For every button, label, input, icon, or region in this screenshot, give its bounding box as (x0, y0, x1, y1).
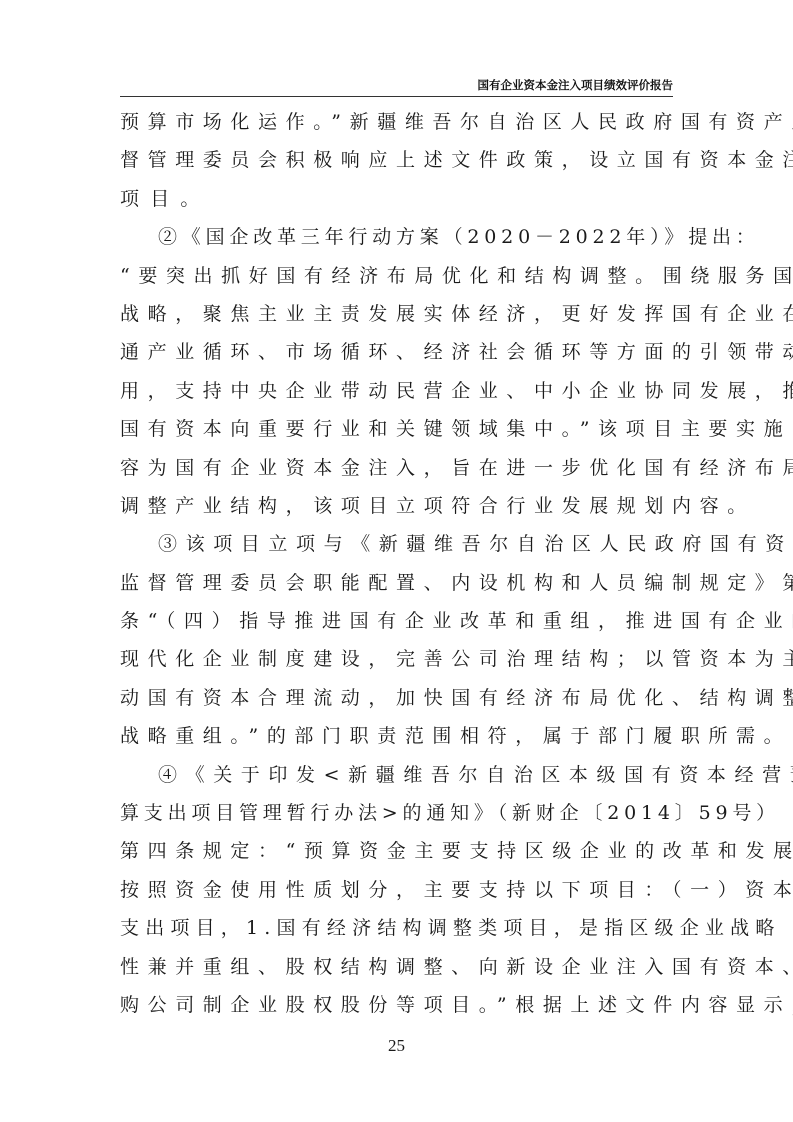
running-header: 国有企业资本金注入项目绩效评价报告 (120, 74, 673, 97)
text-line: 算支出项目管理暂行办法>的通知》（新财企〔2014〕59号） (120, 794, 676, 832)
text-line: 用，支持中央企业带动民营企业、中小企业协同发展，推动 (120, 372, 676, 410)
text-line: 项目。 (120, 180, 676, 218)
list-item-3-start: ③该项目立项与《新疆维吾尔自治区人民政府国有资产 (120, 525, 676, 563)
text-line: 动国有资本合理流动，加快国有经济布局优化、结构调整、 (120, 679, 676, 717)
text-line: 预算市场化运作。”新疆维吾尔自治区人民政府国有资产监 (120, 103, 676, 141)
page-number: 25 (0, 1036, 793, 1056)
report-title: 国有企业资本金注入项目绩效评价报告 (478, 78, 674, 92)
text-line: 战略重组。”的部门职责范围相符，属于部门履职所需。 (120, 717, 676, 755)
text-line: 支出项目，1.国有经济结构调整类项目，是指区级企业战略 (120, 909, 676, 947)
text-line: 督管理委员会积极响应上述文件政策，设立国有资本金注入 (120, 141, 676, 179)
text-line: 战略，聚焦主业主责发展实体经济，更好发挥国有企业在畅 (120, 295, 676, 333)
text-line: 通产业循环、市场循环、经济社会循环等方面的引领带动作 (120, 333, 676, 371)
text-line: 按照资金使用性质划分，主要支持以下项目：（一）资本性 (120, 871, 676, 909)
text-line: 监督管理委员会职能配置、内设机构和人员编制规定》第三 (120, 564, 676, 602)
text-line: 第四条规定：“预算资金主要支持区级企业的改革和发展， (120, 832, 676, 870)
text-line: “要突出抓好国有经济布局优化和结构调整。围绕服务国家 (120, 257, 676, 295)
body-text: 预算市场化运作。”新疆维吾尔自治区人民政府国有资产监 督管理委员会积极响应上述文… (120, 103, 676, 1024)
list-item-4-start: ④《关于印发<新疆维吾尔自治区本级国有资本经营预 (120, 756, 676, 794)
text-line: 现代化企业制度建设，完善公司治理结构；以管资本为主推 (120, 640, 676, 678)
text-line: 容为国有企业资本金注入，旨在进一步优化国有经济布局， (120, 449, 676, 487)
list-item-2-start: ②《国企改革三年行动方案（2020－2022年）》提出： (120, 218, 676, 256)
text-line: 购公司制企业股权股份等项目。”根据上述文件内容显示， (120, 986, 676, 1024)
text-line: 性兼并重组、股权结构调整、向新设企业注入国有资本、认 (120, 948, 676, 986)
text-line: 调整产业结构，该项目立项符合行业发展规划内容。 (120, 487, 676, 525)
text-line: 条“（四）指导推进国有企业改革和重组，推进国有企业的 (120, 602, 676, 640)
text-line: 国有资本向重要行业和关键领域集中。”该项目主要实施内 (120, 410, 676, 448)
